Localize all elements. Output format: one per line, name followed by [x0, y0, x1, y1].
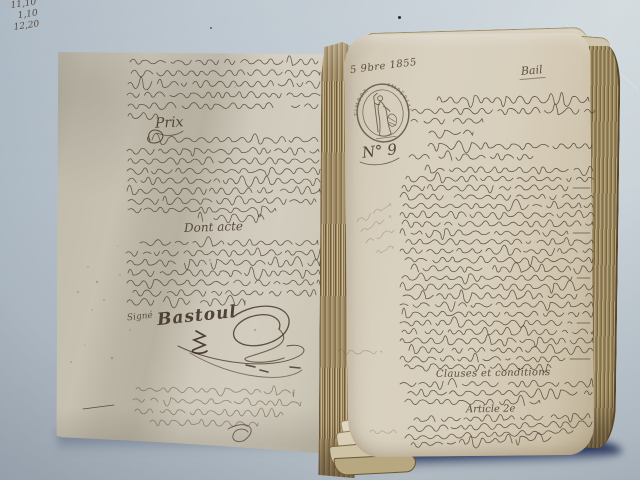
section-heading: Clauses et conditions	[436, 367, 551, 380]
loose-manuscript-sheet	[56, 52, 328, 455]
act-title: Bail	[518, 63, 545, 80]
dust-speck	[210, 27, 212, 29]
stamp-text-left: TIMBRE	[351, 87, 373, 117]
registration-amounts: 11,10 1,10 12,20	[0, 0, 40, 35]
act-number: N° 9	[361, 140, 398, 162]
imperial-tax-stamp: TIMBRE IMPÉRIAL	[346, 76, 420, 150]
article-heading: Article 2e	[466, 404, 516, 416]
stamp-figure	[370, 91, 398, 139]
archive-photo: TIMBRE IMPÉRIAL 5 9bre 1855 Bail N° 9 Cl…	[0, 0, 640, 480]
price-heading: Prix	[155, 114, 184, 131]
dont-acte-heading: Dont acte	[184, 219, 243, 235]
svg-text:TIMBRE: TIMBRE	[351, 87, 373, 117]
dust-speck	[398, 16, 401, 19]
